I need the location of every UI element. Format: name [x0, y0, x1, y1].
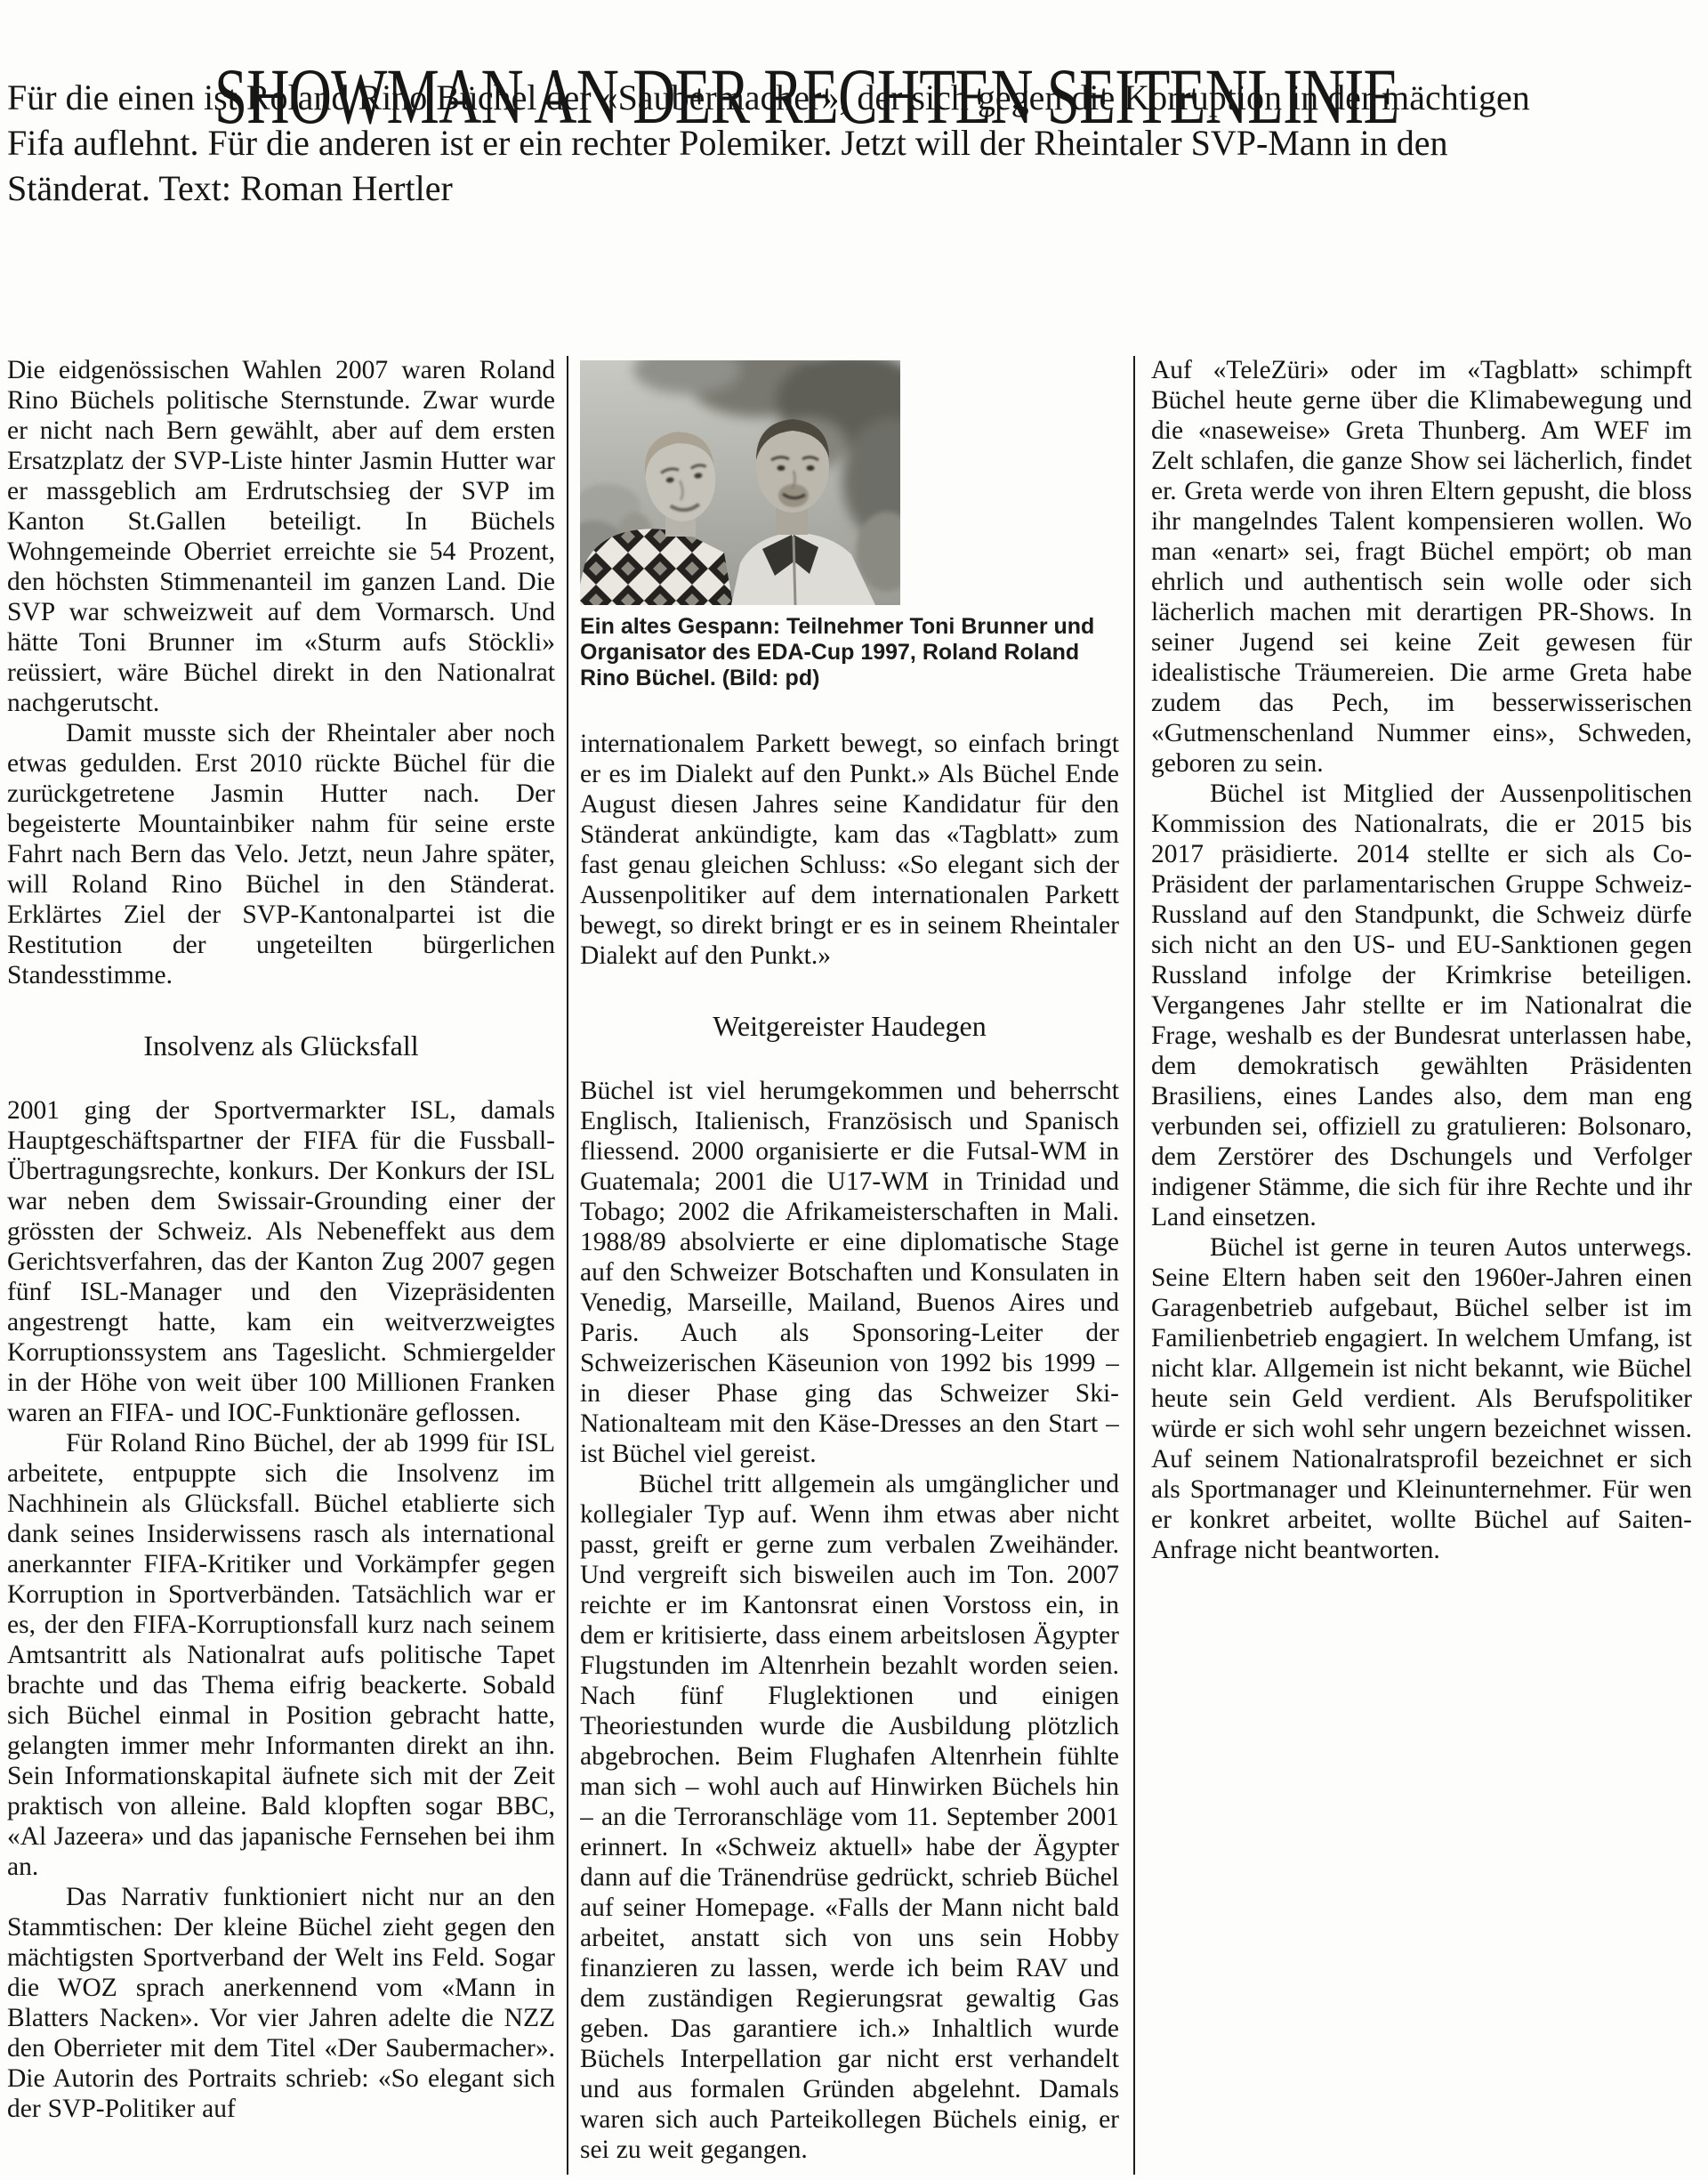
article-paragraph: Büchel tritt allgemein als umgänglicher … — [580, 1469, 1119, 2165]
article-paragraph: internationalem Parkett bewegt, so einfa… — [580, 729, 1119, 971]
article-figure: Ein altes Gespann: Teilnehmer Toni Brunn… — [580, 360, 1119, 691]
column-divider-right — [1133, 356, 1135, 2175]
two-men-photo — [580, 360, 900, 605]
article-column-1: Die eidgenössischen Wahlen 2007 waren Ro… — [7, 355, 555, 2180]
article-paragraph: Büchel ist Mitglied der Aussenpolitische… — [1151, 779, 1692, 1232]
article-paragraph: Für Roland Rino Büchel, der ab 1999 für … — [7, 1428, 555, 1882]
section-subheading: Insolvenz als Glücksfall — [7, 1029, 555, 1062]
section-subheading: Weitgereister Haudegen — [580, 1010, 1119, 1042]
article-paragraph: Büchel ist viel herumgekommen und beherr… — [580, 1076, 1119, 1469]
article-paragraph: Die eidgenössischen Wahlen 2007 waren Ro… — [7, 355, 555, 718]
article-paragraph: Auf «TeleZüri» oder im «Tagblatt» schimp… — [1151, 355, 1692, 779]
article-paragraph: Damit musste sich der Rheintaler aber no… — [7, 718, 555, 990]
photo-caption: Ein altes Gespann: Teilnehmer Toni Brunn… — [580, 614, 1114, 691]
newspaper-page: SHOWMAN AN DER RECHTEN SEITENLINIE Für d… — [0, 0, 1708, 2180]
article-column-3: Auf «TeleZüri» oder im «Tagblatt» schimp… — [1151, 355, 1692, 2180]
article-paragraph: Das Narrativ funktioniert nicht nur an d… — [7, 1882, 555, 2124]
article-paragraph: Büchel ist gerne in teuren Autos unterwe… — [1151, 1232, 1692, 1565]
article-lead: Für die einen ist Roland Rino Büchel der… — [7, 75, 1530, 211]
article-column-2: Ein altes Gespann: Teilnehmer Toni Brunn… — [580, 355, 1119, 2180]
article-paragraph: 2001 ging der Sportvermarkter ISL, damal… — [7, 1095, 555, 1428]
column-divider-left — [567, 356, 568, 2175]
